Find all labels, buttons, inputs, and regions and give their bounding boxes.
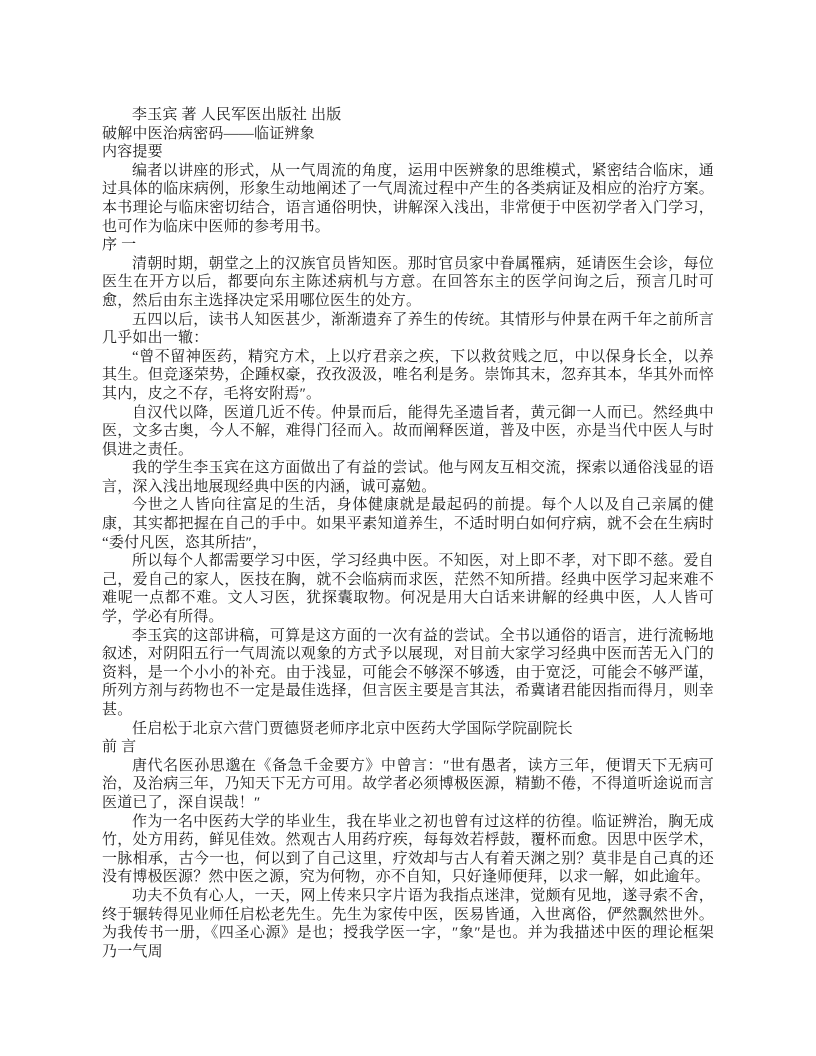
document-page: 李玉宾 著 人民军医出版社 出版 破解中医治病密码——临证辨象 内容提要 编者以… — [0, 0, 816, 1056]
paragraph: “曾不留神医药，精究方术，上以疗君亲之疾，下以救贫贱之厄，中以保身长全，以养其生… — [102, 348, 714, 404]
paragraph: 清朝时期，朝堂之上的汉族官员皆知医。那时官员家中眷属罹病，延请医生会诊，每位医生… — [102, 255, 714, 311]
preface-signature-line: 任启松于北京六营门贾德贤老师序北京中医药大学国际学院副院长 — [102, 720, 714, 739]
paragraph: 今世之人皆向往富足的生活，身体健康就是最起码的前提。每个人以及自己亲属的健康，其… — [102, 496, 714, 552]
book-title: 破解中医治病密码——临证辨象 — [102, 125, 714, 144]
paragraph: 唐代名医孙思邈在《备急千金要方》中曾言：″世有愚者，读方三年，便谓天下无病可治，… — [102, 757, 714, 813]
abstract-paragraph: 编者以讲座的形式，从一气周流的角度，运用中医辨象的思维模式，紧密结合临床，通过具… — [102, 162, 714, 236]
paragraph: 自汉代以降，医道几近不传。仲景而后，能得先圣遗旨者，黄元御一人而已。然经典中医，… — [102, 404, 714, 460]
section-heading-foreword: 前 言 — [102, 738, 714, 757]
paragraph: 我的学生李玉宾在这方面做出了有益的尝试。他与网友互相交流，探索以通俗浅显的语言，… — [102, 459, 714, 496]
paragraph: 李玉宾的这部讲稿，可算是这方面的一次有益的尝试。全书以通俗的语言，进行流畅地叙述… — [102, 627, 714, 720]
paragraph: 作为一名中医药大学的毕业生，我在毕业之初也曾有过这样的彷徨。临证辨治，胸无成竹，… — [102, 813, 714, 887]
section-heading-preface-one: 序 一 — [102, 236, 714, 255]
byline: 李玉宾 著 人民军医出版社 出版 — [102, 106, 714, 125]
paragraph: 所以每个人都需要学习中医，学习经典中医。不知医，对上即不孝，对下即不慈。爱自己，… — [102, 552, 714, 626]
paragraph: 五四以后，读书人知医甚少，渐渐遗弃了养生的传统。其情形与仲景在两千年之前所言几乎… — [102, 311, 714, 348]
abstract-heading: 内容提要 — [102, 143, 714, 162]
paragraph: 功夫不负有心人，一天，网上传来只字片语为我指点迷津，觉颇有见地，遂寻索不舍，终于… — [102, 887, 714, 961]
